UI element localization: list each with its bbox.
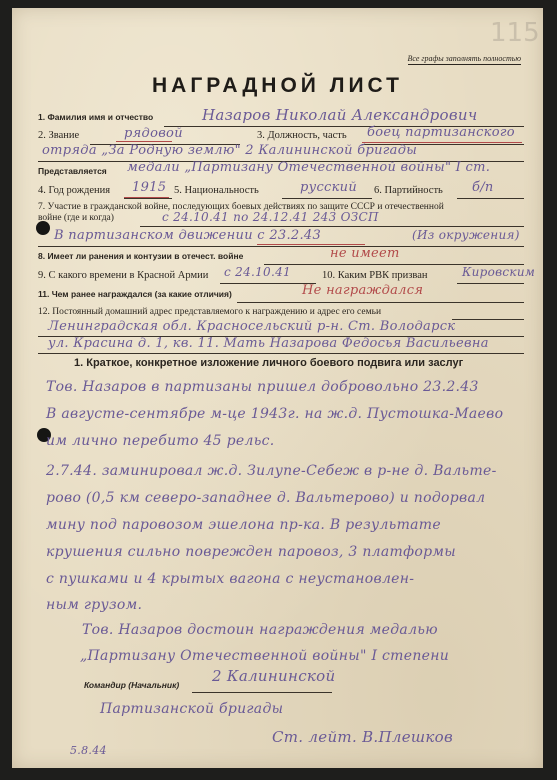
- narrative-line: мину под паровозом эшелона пр-ка. В резу…: [46, 517, 441, 533]
- field-12-value-line2: ул. Красина д. 1, кв. 11. Мать Назарова …: [48, 336, 489, 351]
- narrative-line: с пушками и 4 крытых вагона с неустановл…: [46, 571, 414, 587]
- narrative-line: им лично перебито 45 рельс.: [46, 433, 275, 449]
- red-underline: [257, 244, 365, 245]
- field-line: [457, 283, 524, 284]
- narrative-line: ным грузом.: [46, 597, 142, 613]
- commander-signature: Ст. лейт. В.Плешков: [272, 728, 453, 746]
- commander-unit-line1: 2 Калининской: [212, 667, 335, 685]
- field-12-value-line1: Ленинградская обл. Красносельский р-н. С…: [48, 319, 455, 334]
- field-3-value-line1: боец партизанского: [367, 125, 515, 140]
- presented-value: медали „Партизану Отечественной войны" I…: [127, 160, 490, 175]
- field-7-value-line2b: (Из окружения): [412, 228, 520, 242]
- field-10-label: 10. Каким РВК призван: [322, 270, 427, 281]
- field-line: [237, 302, 524, 303]
- field-4-value: 1915: [132, 180, 166, 195]
- signature-date: 5.8.44: [70, 744, 107, 757]
- field-7-value-line1: с 24.10.41 по 24.12.41 243 ОЗСП: [162, 210, 379, 224]
- field-line: [457, 198, 524, 199]
- field-7-value-line2a: В партизанском движении с 23.2.43: [54, 228, 321, 243]
- field-line: [124, 198, 172, 199]
- field-12-label: 12. Постоянный домашний адрес представля…: [38, 307, 381, 317]
- document-title: НАГРАДНОЙ ЛИСТ: [12, 74, 543, 98]
- field-9-label: 9. С какого времени в Красной Армии: [38, 270, 208, 281]
- narrative-line: 2.7.44. заминировал ж.д. Зилупе-Себеж в …: [46, 463, 497, 479]
- field-3-value-line2: отряда „За Родную землю" 2 Калининской б…: [42, 143, 417, 158]
- field-line: [140, 226, 524, 227]
- narrative-line: рово (0,5 км северо-западнее д. Вальтеро…: [46, 490, 485, 506]
- red-underline: [124, 197, 169, 198]
- narrative-heading: 1. Краткое, конкретное изложение личного…: [74, 357, 463, 369]
- field-11-value: Не награждался: [302, 283, 423, 298]
- field-8-label: 8. Имеет ли ранения и контузии в отечест…: [38, 251, 243, 261]
- presented-label: Представляется: [38, 166, 107, 176]
- field-2-value: рядовой: [124, 126, 183, 141]
- red-underline: [116, 141, 172, 142]
- field-8-value: не имеет: [330, 246, 400, 261]
- narrative-line: Тов. Назаров в партизаны пришел добровол…: [46, 379, 479, 395]
- award-sheet: 115 Все графы заполнять полностью НАГРАД…: [12, 8, 543, 768]
- field-5-value: русский: [300, 180, 357, 195]
- commander-unit-line2: Партизанской бригады: [100, 701, 283, 717]
- field-line: [282, 198, 372, 199]
- field-10-value: Кировским: [462, 265, 535, 279]
- field-6-value: б/п: [472, 180, 494, 195]
- archive-mark: 115: [490, 18, 540, 48]
- narrative-line: В августе-сентябре м-це 1943г. на ж.д. П…: [46, 406, 503, 422]
- field-3-label: 3. Должность, часть: [257, 130, 347, 141]
- field-6-label: 6. Партийность: [374, 185, 443, 196]
- field-line: [452, 319, 524, 320]
- field-1-label: 1. Фамилия имя и отчество: [38, 112, 153, 122]
- field-2-label: 2. Звание: [38, 130, 79, 141]
- field-4-label: 4. Год рождения: [38, 185, 110, 196]
- commander-label: Командир (Начальник): [84, 680, 179, 690]
- field-5-label: 5. Национальность: [174, 185, 259, 196]
- field-1-value: Назаров Николай Александрович: [202, 106, 477, 124]
- fill-all-fields-note: Все графы заполнять полностью: [408, 54, 521, 65]
- field-7-label-line2: войне (где и когда): [38, 213, 114, 223]
- punch-hole: [36, 221, 50, 235]
- field-9-value: с 24.10.41: [224, 265, 291, 279]
- field-11-label: 11. Чем ранее награждался (за какие отли…: [38, 289, 232, 299]
- field-line: [38, 246, 524, 247]
- field-line: [38, 353, 524, 354]
- narrative-line: „Партизану Отечественной войны" I степен…: [80, 648, 449, 664]
- narrative-line: крушения сильно поврежден паровоз, 3 пла…: [46, 544, 456, 560]
- field-line: [192, 692, 332, 693]
- narrative-line: Тов. Назаров достоин награждения медалью: [82, 622, 438, 638]
